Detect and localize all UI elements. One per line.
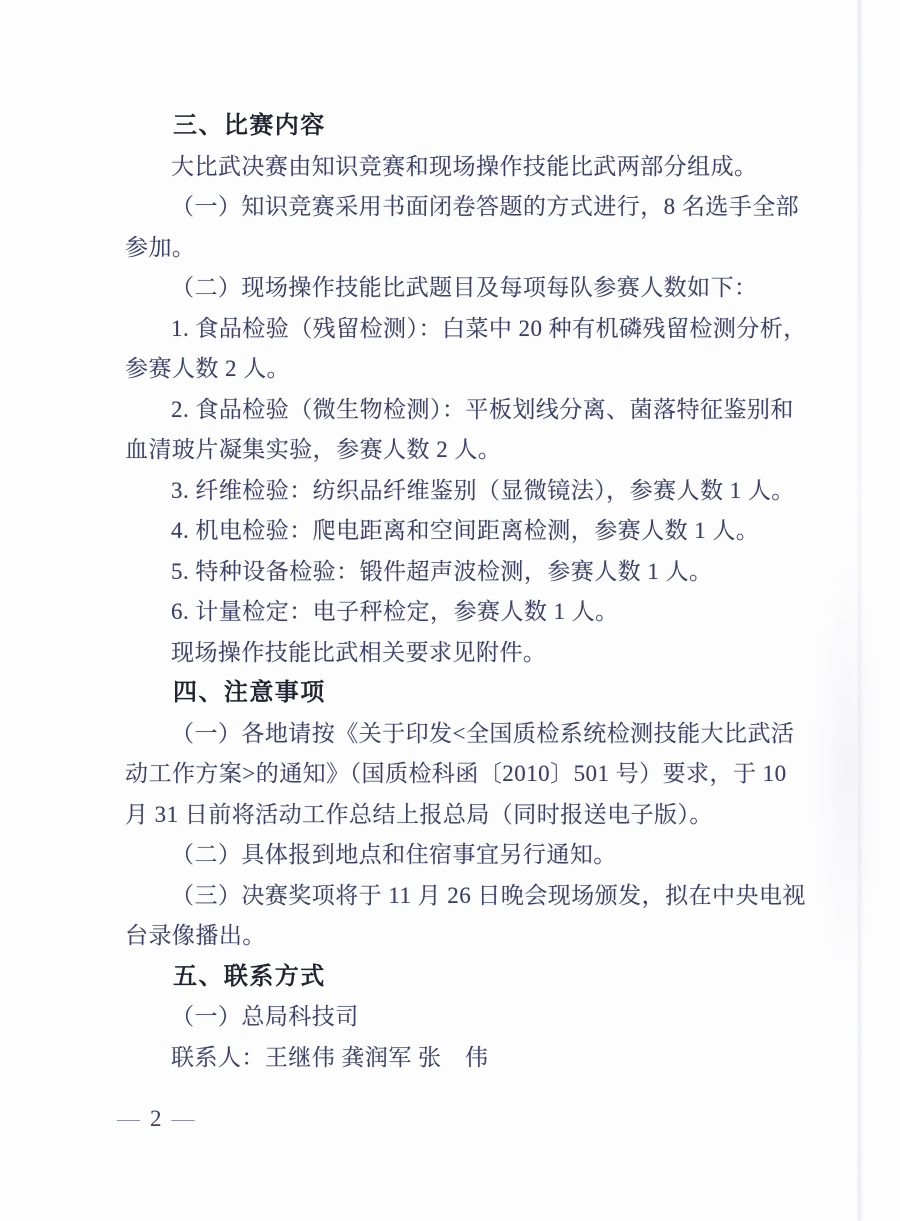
paragraph: 联系人：王继伟 龚润军 张 伟 bbox=[125, 1038, 785, 1079]
paragraph-line: 血清玻片凝集实验，参赛人数 2 人。 bbox=[125, 430, 785, 471]
section-heading: 五、联系方式 bbox=[125, 957, 785, 998]
paragraph: 现场操作技能比武相关要求见附件。 bbox=[125, 633, 785, 674]
paragraph: （一）总局科技司 bbox=[125, 997, 785, 1038]
paragraph: 4. 机电检验：爬电距离和空间距离检测，参赛人数 1 人。 bbox=[125, 511, 785, 552]
paragraph-line: （二）具体报到地点和住宿事宜另行通知。 bbox=[125, 835, 785, 876]
paragraph-line: 参赛人数 2 人。 bbox=[125, 349, 785, 390]
footer-dash-right: — bbox=[172, 1108, 195, 1130]
paragraph-line: 联系人：王继伟 龚润军 张 伟 bbox=[125, 1038, 785, 1079]
section-heading: 四、注意事项 bbox=[125, 673, 785, 714]
paragraph-line: 4. 机电检验：爬电距离和空间距离检测，参赛人数 1 人。 bbox=[125, 511, 785, 552]
footer-dash-left: — bbox=[117, 1108, 140, 1130]
paragraph: 3. 纤维检验：纺织品纤维鉴别（显微镜法），参赛人数 1 人。 bbox=[125, 471, 785, 512]
paragraph: 6. 计量检定：电子秤检定，参赛人数 1 人。 bbox=[125, 592, 785, 633]
paragraph: （二）具体报到地点和住宿事宜另行通知。 bbox=[125, 835, 785, 876]
paragraph-line: 台录像播出。 bbox=[125, 916, 785, 957]
scan-artifact-smudge bbox=[812, 560, 882, 980]
paragraph-line: 1. 食品检验（残留检测）：白菜中 20 种有机磷残留检测分析， bbox=[125, 309, 785, 350]
paragraph-line: 五、联系方式 bbox=[125, 957, 785, 998]
paragraph: 大比武决赛由知识竞赛和现场操作技能比武两部分组成。 bbox=[125, 147, 785, 188]
paragraph-line: （一）总局科技司 bbox=[125, 997, 785, 1038]
paragraph: （三）决赛奖项将于 11 月 26 日晚会现场颁发，拟在中央电视台录像播出。 bbox=[125, 876, 785, 957]
paragraph-line: 三、比赛内容 bbox=[125, 106, 785, 147]
paragraph: 5. 特种设备检验：锻件超声波检测，参赛人数 1 人。 bbox=[125, 552, 785, 593]
paragraph-line: （一）知识竞赛采用书面闭卷答题的方式进行，8 名选手全部 bbox=[125, 187, 785, 228]
page-footer: — 2 — bbox=[117, 1106, 195, 1132]
paragraph-line: 2. 食品检验（微生物检测）：平板划线分离、菌落特征鉴别和 bbox=[125, 390, 785, 431]
paragraph: （一）各地请按《关于印发<全国质检系统检测技能大比武活动工作方案>的通知》（国质… bbox=[125, 714, 785, 836]
document-body: 三、比赛内容大比武决赛由知识竞赛和现场操作技能比武两部分组成。（一）知识竞赛采用… bbox=[125, 106, 785, 1078]
paragraph-line: （三）决赛奖项将于 11 月 26 日晚会现场颁发，拟在中央电视 bbox=[125, 876, 785, 917]
paragraph: 1. 食品检验（残留检测）：白菜中 20 种有机磷残留检测分析，参赛人数 2 人… bbox=[125, 309, 785, 390]
paragraph-line: 6. 计量检定：电子秤检定，参赛人数 1 人。 bbox=[125, 592, 785, 633]
paragraph-line: 月 31 日前将活动工作总结上报总局（同时报送电子版）。 bbox=[125, 795, 785, 836]
paragraph: （二）现场操作技能比武题目及每项每队参赛人数如下： bbox=[125, 268, 785, 309]
paragraph-line: 四、注意事项 bbox=[125, 673, 785, 714]
paragraph-line: 动工作方案>的通知》（国质检科函〔2010〕501 号）要求，于 10 bbox=[125, 754, 785, 795]
paragraph-line: （一）各地请按《关于印发<全国质检系统检测技能大比武活 bbox=[125, 714, 785, 755]
paragraph-line: 大比武决赛由知识竞赛和现场操作技能比武两部分组成。 bbox=[125, 147, 785, 188]
paragraph-line: 5. 特种设备检验：锻件超声波检测，参赛人数 1 人。 bbox=[125, 552, 785, 593]
section-heading: 三、比赛内容 bbox=[125, 106, 785, 147]
paragraph: 2. 食品检验（微生物检测）：平板划线分离、菌落特征鉴别和血清玻片凝集实验，参赛… bbox=[125, 390, 785, 471]
paragraph-line: 参加。 bbox=[125, 228, 785, 269]
page-number: 2 bbox=[150, 1106, 162, 1132]
paragraph-line: 3. 纤维检验：纺织品纤维鉴别（显微镜法），参赛人数 1 人。 bbox=[125, 471, 785, 512]
paragraph: （一）知识竞赛采用书面闭卷答题的方式进行，8 名选手全部参加。 bbox=[125, 187, 785, 268]
paragraph-line: 现场操作技能比武相关要求见附件。 bbox=[125, 633, 785, 674]
paragraph-line: （二）现场操作技能比武题目及每项每队参赛人数如下： bbox=[125, 268, 785, 309]
